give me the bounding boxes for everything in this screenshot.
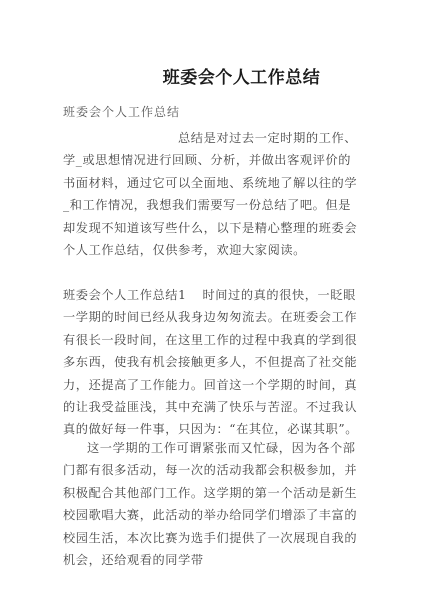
section-1-paragraph-1-text: 时间过的真的很快，一眨眼一学期的时间已经从我身边匆匆流去。在班委会工作有很长一段…	[63, 288, 358, 436]
intro-paragraph-block: 总结是对过去一定时期的工作、学_或思想情况进行回顾、分析，并做出客观评价的书面材…	[63, 127, 358, 261]
section-1-paragraph-2-block: 这一学期的工作可谓紧张而又忙碌，因为各个部门都有很多活动，每一次的活动我都会积极…	[63, 437, 358, 571]
section-1-paragraph-1: 班委会个人工作总结1时间过的真的很快，一眨眼一学期的时间已经从我身边匆匆流去。在…	[63, 284, 358, 441]
section-1-heading: 班委会个人工作总结1	[63, 288, 186, 302]
document-subtitle: 班委会个人工作总结	[63, 103, 180, 120]
document-title: 班委会个人工作总结	[0, 63, 423, 88]
intro-paragraph: 总结是对过去一定时期的工作、学_或思想情况进行回顾、分析，并做出客观评价的书面材…	[63, 127, 358, 261]
section-1-block: 班委会个人工作总结1时间过的真的很快，一眨眼一学期的时间已经从我身边匆匆流去。在…	[63, 284, 358, 441]
section-1-paragraph-2: 这一学期的工作可谓紧张而又忙碌，因为各个部门都有很多活动，每一次的活动我都会积极…	[63, 437, 358, 571]
document-page: 班委会个人工作总结 班委会个人工作总结 总结是对过去一定时期的工作、学_或思想情…	[0, 0, 423, 600]
